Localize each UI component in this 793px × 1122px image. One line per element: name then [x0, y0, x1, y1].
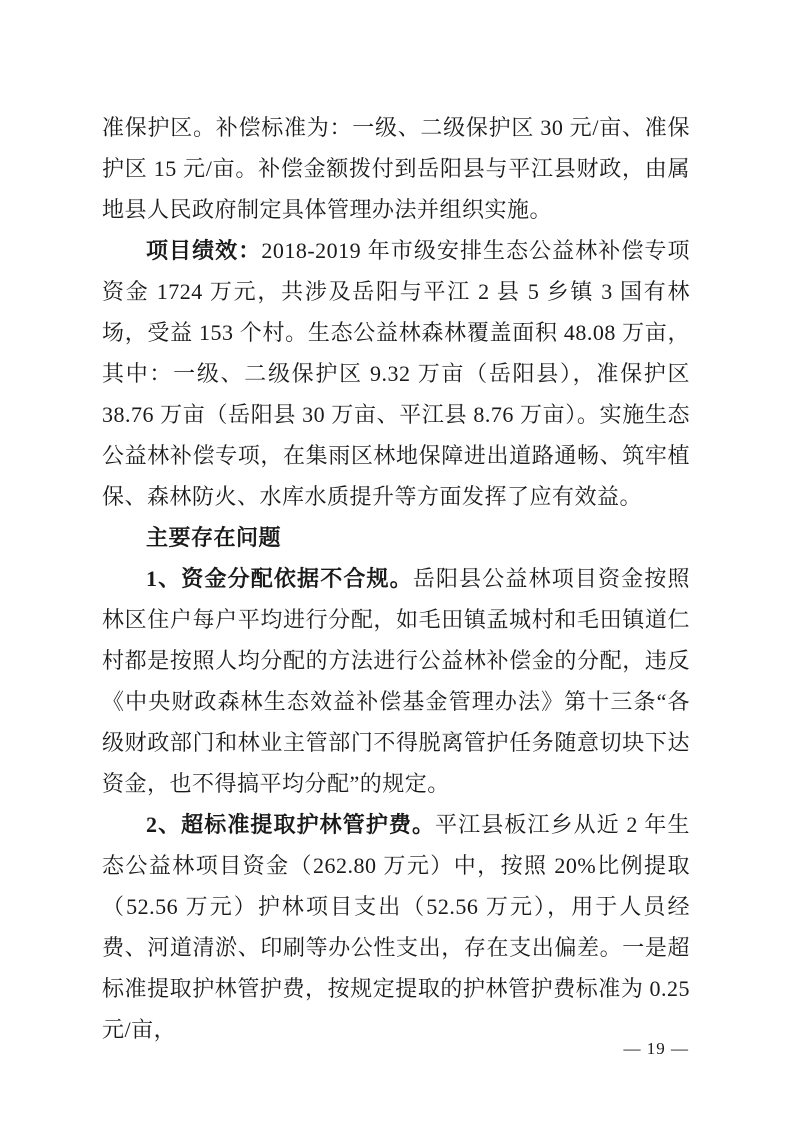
text-run: 岳阳县公益林项目资金按照林区住户每户平均进行分配，如毛田镇孟城村和毛田镇道仁村都… [102, 566, 690, 796]
paragraph: 2、超标准提取护林管护费。平江县板江乡从近 2 年生态公益林项目资金（262.8… [102, 804, 690, 1050]
paragraph: 项目绩效：2018-2019 年市级安排生态公益林补偿专项资金 1724 万元，… [102, 230, 690, 517]
text-run-bold: 主要存在问题 [146, 525, 281, 550]
text-run-bold: 2、超标准提取护林管护费。 [146, 812, 435, 837]
text-run-bold: 项目绩效： [146, 238, 261, 263]
text-run-bold: 1、资金分配依据不合规。 [146, 566, 413, 591]
paragraph: 准保护区。补偿标准为：一级、二级保护区 30 元/亩、准保护区 15 元/亩。补… [102, 107, 690, 230]
page-number: — 19 — [624, 1038, 690, 1060]
document-body: 准保护区。补偿标准为：一级、二级保护区 30 元/亩、准保护区 15 元/亩。补… [102, 107, 690, 1050]
text-run: 平江县板江乡从近 2 年生态公益林项目资金（262.80 万元）中，按照 20%… [102, 812, 690, 1042]
text-run: 2018-2019 年市级安排生态公益林补偿专项资金 1724 万元，共涉及岳阳… [102, 238, 690, 509]
text-run: 准保护区。补偿标准为：一级、二级保护区 30 元/亩、准保护区 15 元/亩。补… [102, 115, 690, 222]
document-page: 准保护区。补偿标准为：一级、二级保护区 30 元/亩、准保护区 15 元/亩。补… [0, 0, 793, 1122]
paragraph: 1、资金分配依据不合规。岳阳县公益林项目资金按照林区住户每户平均进行分配，如毛田… [102, 558, 690, 804]
paragraph: 主要存在问题 [102, 517, 690, 558]
